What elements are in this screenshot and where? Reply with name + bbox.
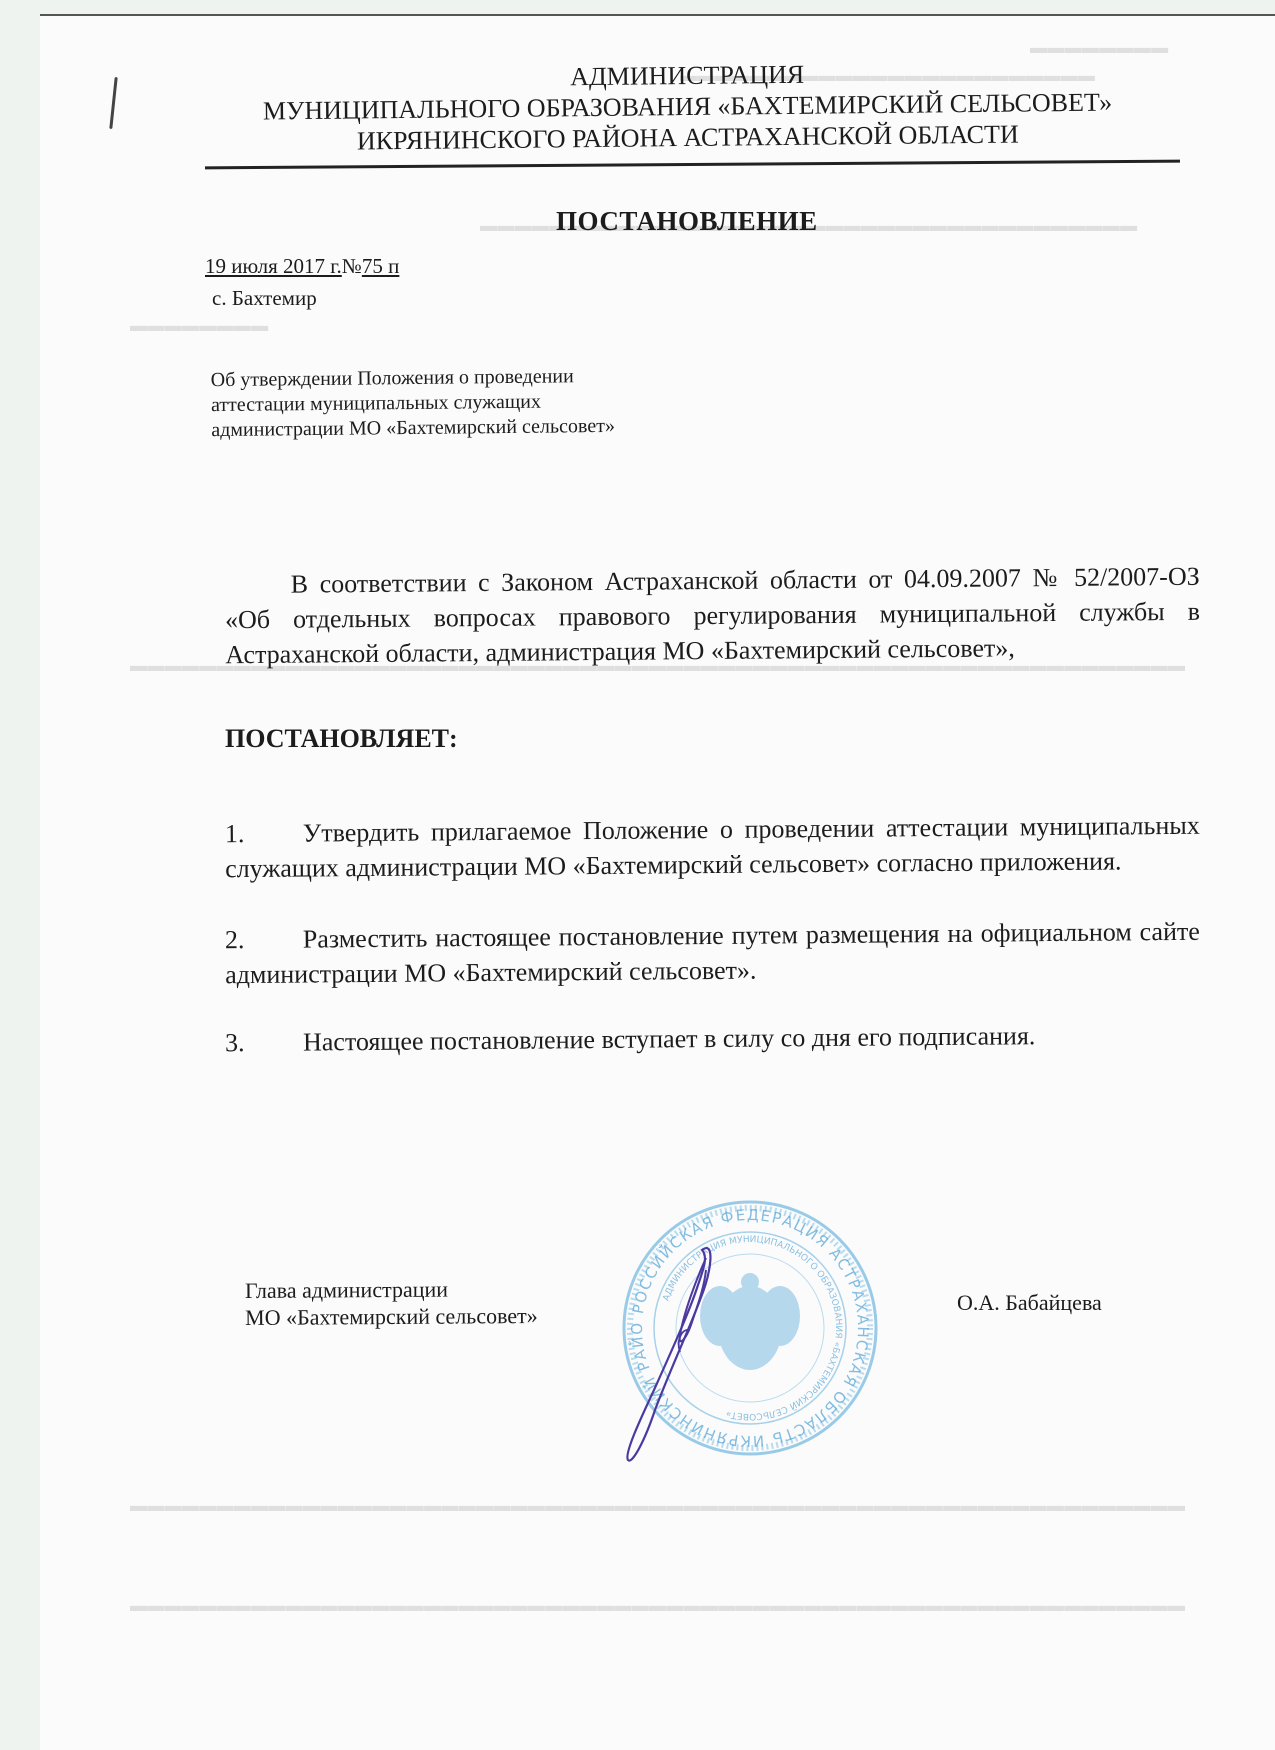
item-text: Настоящее постановление вступает в силу … [303, 1021, 1036, 1056]
document-title: ПОСТАНОВЛЕНИЕ [556, 206, 818, 237]
signatory-position: Глава администрации МО «Бахтемирский сел… [245, 1275, 538, 1331]
item-number: 3. [225, 1025, 303, 1061]
signatory-name: О.А. Бабайцева [957, 1290, 1102, 1316]
position-line-1: Глава администрации [245, 1275, 538, 1304]
item-text: Утвердить прилагаемое Положение о провед… [225, 811, 1200, 884]
number-prefix: № [342, 254, 362, 278]
document-subject: Об утверждении Положения о проведении ат… [211, 364, 615, 443]
document-place: с. Бахтемир [212, 286, 317, 311]
decree-item-2: 2.Разместить настоящее постановление пут… [225, 914, 1201, 993]
bleed-through-text: ▬▬▬▬▬▬▬▬▬▬▬▬▬▬▬▬▬▬▬▬▬▬▬▬▬▬▬▬▬▬▬▬▬▬▬▬▬▬▬▬… [130, 1496, 1185, 1516]
document-date: 19 июля 2017 г. [205, 254, 342, 278]
bleed-through-text: ▬▬▬▬▬▬▬▬ [130, 316, 268, 336]
subject-line-3: администрации МО «Бахтемирский сельсовет… [211, 414, 615, 443]
item-number: 2. [225, 922, 303, 958]
subject-line-1: Об утверждении Положения о проведении [211, 364, 615, 393]
preamble-paragraph: В соответствии с Законом Астраханской об… [225, 559, 1201, 673]
decree-item-1: 1.Утвердить прилагаемое Положение о пров… [225, 808, 1201, 887]
decree-heading: ПОСТАНОВЛЯЕТ: [225, 724, 458, 754]
document-header: АДМИНИСТРАЦИЯ МУНИЦИПАЛЬНОГО ОБРАЗОВАНИЯ… [195, 55, 1181, 158]
position-line-2: МО «Бахтемирский сельсовет» [245, 1302, 538, 1331]
date-number-line: 19 июля 2017 г.№75 п [205, 254, 399, 279]
bleed-through-text: ▬▬▬▬▬▬▬▬▬▬▬▬▬▬▬▬▬▬▬▬▬▬▬▬▬▬▬▬▬▬▬▬▬▬▬▬▬▬▬▬… [130, 1596, 1185, 1616]
document-number: 75 п [362, 254, 400, 278]
handwritten-signature-icon [620, 1240, 760, 1470]
item-number: 1. [225, 816, 303, 852]
item-text: Разместить настоящее постановление путем… [225, 917, 1200, 990]
